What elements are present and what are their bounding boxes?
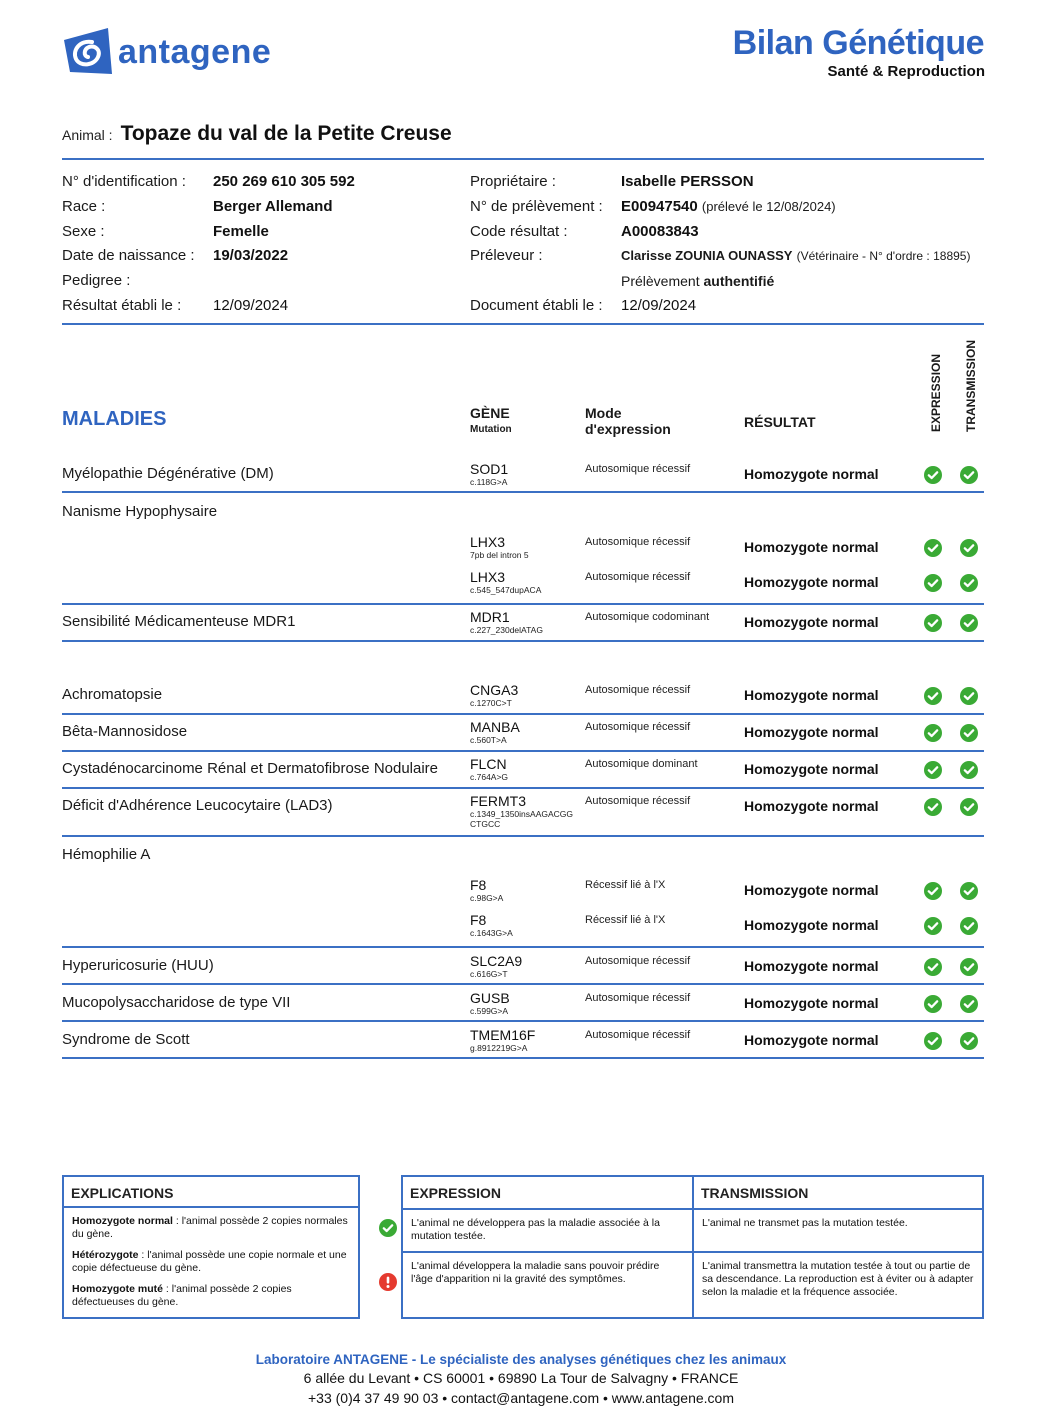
mutation-code: 7pb del intron 5 [470, 550, 588, 560]
check-circle-icon [960, 882, 978, 900]
table-row: AchromatopsieCNGA3c.1270C>TAutosomique r… [62, 683, 984, 713]
inheritance-mode: Autosomique récessif [585, 536, 690, 548]
explanation-term: Homozygote normal [72, 1215, 173, 1227]
check-circle-icon [924, 574, 942, 592]
table-row: Nanisme Hypophysaire [62, 500, 984, 530]
legend-warn-expression: L'animal développera la maladie sans pou… [403, 1253, 692, 1293]
divider [62, 323, 984, 325]
mutation-code: c.118G>A [470, 477, 588, 487]
check-circle-icon [960, 466, 978, 484]
check-circle-icon [960, 917, 978, 935]
check-circle-icon [960, 614, 978, 632]
check-circle-icon [924, 539, 942, 557]
auth-status: authentifié [703, 273, 774, 289]
check-circle-icon [960, 687, 978, 705]
check-circle-icon [924, 1032, 942, 1050]
sample-date: (prélevé le 12/08/2024) [702, 199, 836, 214]
check-circle-icon [960, 724, 978, 742]
check-circle-icon [924, 958, 942, 976]
legend-table: EXPRESSION TRANSMISSION L'animal ne déve… [401, 1175, 984, 1319]
legend-warn-transmission: L'animal transmettra la mutation testée … [694, 1253, 982, 1306]
inheritance-mode: Autosomique récessif [585, 571, 690, 583]
info-row-auth: Prélèvement authentifié [470, 269, 970, 294]
result-value: Homozygote normal [744, 466, 879, 482]
check-circle-icon [924, 614, 942, 632]
info-value: 250 269 610 305 592 [213, 170, 355, 195]
check-circle-icon [924, 687, 942, 705]
legend-ok-transmission: L'animal ne transmet pas la mutation tes… [694, 1210, 982, 1237]
logo-text: antagene [118, 33, 271, 72]
divider [62, 158, 984, 160]
table-row: Hémophilie A [62, 843, 984, 873]
info-row: Résultat établi le :12/09/2024 [62, 294, 355, 319]
sample-info: Propriétaire : Isabelle PERSSON N° de pr… [470, 170, 970, 319]
table-row: Déficit d'Adhérence Leucocytaire (LAD3)F… [62, 794, 984, 824]
explanations-box: EXPLICATIONS Homozygote normal : l'anima… [62, 1175, 360, 1319]
info-label: Pedigree : [62, 269, 213, 294]
gene-name: LHX3 [470, 570, 505, 585]
inheritance-mode: Récessif lié à l'X [585, 914, 665, 926]
mutation-code: c.560T>A [470, 735, 588, 745]
animal-label: Animal : [62, 127, 113, 143]
mutation-code: c.1643G>A [470, 928, 588, 938]
mutation-code: c.227_230delATAG [470, 625, 588, 635]
col-header-result: RÉSULTAT [744, 414, 816, 430]
check-circle-icon [924, 995, 942, 1013]
row-divider [62, 787, 984, 789]
gene-name: MDR1 [470, 610, 510, 625]
check-circle-icon [960, 761, 978, 779]
check-circle-icon [924, 761, 942, 779]
check-circle-icon [924, 917, 942, 935]
mutation-code: g.8912219G>A [470, 1043, 588, 1053]
info-row: N° d'identification :250 269 610 305 592 [62, 170, 355, 195]
auth-value: Prélèvement authentifié [621, 269, 774, 294]
col-header-mode: Mode d'expression [585, 405, 685, 437]
info-label: Résultat établi le : [62, 294, 213, 319]
footer-address: 6 allée du Levant • CS 60001 • 69890 La … [0, 1370, 1042, 1386]
explanation-item: Homozygote normal : l'animal possède 2 c… [72, 1215, 350, 1241]
antagene-logo-icon [62, 26, 114, 76]
row-divider [62, 835, 984, 837]
disease-name: Bêta-Mannosidose [62, 723, 187, 740]
disease-name: Mucopolysaccharidose de type VII [62, 994, 290, 1011]
gene-name: FLCN [470, 757, 507, 772]
sample-value: E00947540 (prélevé le 12/08/2024) [621, 195, 836, 220]
mutation-code: c.545_547dupACA [470, 585, 588, 595]
animal-name: Topaze du val de la Petite Creuse [121, 122, 452, 146]
table-row: Mucopolysaccharidose de type VIIGUSBc.59… [62, 991, 984, 1021]
antagene-logo: antagene [62, 26, 271, 76]
disease-name: Hémophilie A [62, 846, 150, 863]
gene-name: LHX3 [470, 535, 505, 550]
row-divider [62, 983, 984, 985]
info-row: Race :Berger Allemand [62, 195, 355, 220]
info-label: Sexe : [62, 220, 213, 245]
mutation-code: c.599G>A [470, 1006, 588, 1016]
explanation-item: Homozygote muté : l'animal possède 2 cop… [72, 1283, 350, 1309]
gene-name: CNGA3 [470, 683, 518, 698]
result-value: Homozygote normal [744, 724, 879, 740]
document-title: Bilan Génétique [733, 24, 984, 63]
table-row: Syndrome de ScottTMEM16Fg.8912219G>AAuto… [62, 1028, 984, 1058]
inheritance-mode: Autosomique récessif [585, 992, 690, 1004]
info-row-sample: N° de prélèvement : E00947540 (prélevé l… [470, 195, 970, 220]
gene-name: SLC2A9 [470, 954, 522, 969]
exclamation-circle-icon [379, 1273, 397, 1291]
row-divider [62, 491, 984, 493]
disease-name: Cystadénocarcinome Rénal et Dermatofibro… [62, 760, 438, 777]
result-value: Homozygote normal [744, 761, 879, 777]
info-row-sampler: Préleveur : Clarisse ZOUNIA OUNASSY (Vét… [470, 244, 970, 269]
info-label: Date de naissance : [62, 244, 213, 269]
explanation-term: Homozygote muté [72, 1283, 163, 1295]
mutation-code: c.98G>A [470, 893, 588, 903]
info-value: Femelle [213, 220, 269, 245]
info-value: 19/03/2022 [213, 244, 288, 269]
info-value: Berger Allemand [213, 195, 332, 220]
result-value: Homozygote normal [744, 958, 879, 974]
table-row: LHX3c.545_547dupACAAutosomique récessifH… [62, 570, 984, 600]
table-row: Bêta-MannosidoseMANBAc.560T>AAutosomique… [62, 720, 984, 750]
table-row: F8c.98G>ARécessif lié à l'XHomozygote no… [62, 878, 984, 908]
sample-id: E00947540 [621, 198, 698, 215]
gene-name: F8 [470, 913, 486, 928]
info-row-doc-date: Document établi le : 12/09/2024 [470, 294, 970, 319]
info-label: Document établi le : [470, 294, 621, 319]
info-label: Race : [62, 195, 213, 220]
disease-name: Hyperuricosurie (HUU) [62, 957, 214, 974]
footer-contact: +33 (0)4 37 49 90 03 • contact@antagene.… [0, 1390, 1042, 1406]
info-label: Préleveur : [470, 244, 621, 269]
info-row-owner: Propriétaire : Isabelle PERSSON [470, 170, 970, 195]
info-row-code: Code résultat : A00083843 [470, 220, 970, 245]
sampler-value: Clarisse ZOUNIA OUNASSY (Vétérinaire - N… [621, 244, 970, 269]
disease-name: Syndrome de Scott [62, 1031, 190, 1048]
disease-name: Achromatopsie [62, 686, 162, 703]
mutation-code: c.616G>T [470, 969, 588, 979]
check-circle-icon [960, 1032, 978, 1050]
gene-name: F8 [470, 878, 486, 893]
info-label: Propriétaire : [470, 170, 621, 195]
inheritance-mode: Autosomique codominant [585, 611, 709, 623]
check-circle-icon [924, 882, 942, 900]
table-row: LHX37pb del intron 5Autosomique récessif… [62, 535, 984, 565]
inheritance-mode: Autosomique récessif [585, 795, 690, 807]
doc-date-value: 12/09/2024 [621, 294, 696, 319]
info-label: N° d'identification : [62, 170, 213, 195]
explanations-body: Homozygote normal : l'animal possède 2 c… [64, 1208, 358, 1324]
inheritance-mode: Autosomique récessif [585, 684, 690, 696]
info-row: Sexe :Femelle [62, 220, 355, 245]
explanation-item: Hétérozygote : l'animal possède une copi… [72, 1249, 350, 1275]
info-value: 12/09/2024 [213, 294, 288, 319]
section-title-maladies: MALADIES [62, 408, 166, 431]
check-circle-icon [924, 724, 942, 742]
legend-expression-title: EXPRESSION [403, 1177, 692, 1208]
row-divider [62, 946, 984, 948]
inheritance-mode: Récessif lié à l'X [585, 879, 665, 891]
table-row: Hyperuricosurie (HUU)SLC2A9c.616G>TAutos… [62, 954, 984, 984]
disease-name: Nanisme Hypophysaire [62, 503, 217, 520]
info-label: N° de prélèvement : [470, 195, 621, 220]
check-circle-icon [960, 995, 978, 1013]
info-row: Pedigree : [62, 269, 355, 294]
check-circle-icon [960, 539, 978, 557]
animal-info: N° d'identification :250 269 610 305 592… [62, 170, 355, 319]
gene-name: FERMT3 [470, 794, 526, 809]
mutation-code: c.1270C>T [470, 698, 588, 708]
check-circle-icon [924, 798, 942, 816]
row-divider [62, 1020, 984, 1022]
gene-name: TMEM16F [470, 1028, 535, 1043]
col-header-transmission: TRANSMISSION [964, 340, 978, 432]
result-value: Homozygote normal [744, 687, 879, 703]
sampler-detail: (Vétérinaire - N° d'ordre : 18895) [797, 249, 971, 263]
mutation-code: c.1349_1350insAAGACGG CTGCC [470, 809, 588, 829]
result-value: Homozygote normal [744, 995, 879, 1011]
mutation-code: c.764A>G [470, 772, 588, 782]
inheritance-mode: Autosomique récessif [585, 955, 690, 967]
result-value: Homozygote normal [744, 574, 879, 590]
result-value: Homozygote normal [744, 917, 879, 933]
explanation-term: Hétérozygote [72, 1249, 139, 1261]
sampler-name: Clarisse ZOUNIA OUNASSY [621, 248, 792, 263]
check-circle-icon [924, 466, 942, 484]
col-header-gene: GÈNE [470, 405, 510, 421]
col-header-expression: EXPRESSION [929, 354, 943, 432]
table-row: Sensibilité Médicamenteuse MDR1MDR1c.227… [62, 610, 984, 640]
animal-heading: Animal : Topaze du val de la Petite Creu… [62, 122, 452, 146]
owner-value: Isabelle PERSSON [621, 170, 754, 195]
result-value: Homozygote normal [744, 1032, 879, 1048]
info-row: Date de naissance :19/03/2022 [62, 244, 355, 269]
check-circle-icon [379, 1219, 397, 1237]
table-row: Myélopathie Dégénérative (DM)SOD1c.118G>… [62, 462, 984, 492]
info-label: Code résultat : [470, 220, 621, 245]
legend-ok-expression: L'animal ne développera pas la maladie a… [403, 1210, 692, 1250]
legend-transmission-title: TRANSMISSION [694, 1177, 982, 1208]
result-value: Homozygote normal [744, 882, 879, 898]
result-value: Homozygote normal [744, 539, 879, 555]
footer-lab-name: Laboratoire ANTAGENE - Le spécialiste de… [0, 1352, 1042, 1367]
col-header-mutation: Mutation [470, 424, 512, 435]
document-subtitle: Santé & Reproduction [827, 63, 985, 80]
check-circle-icon [960, 958, 978, 976]
result-value: Homozygote normal [744, 798, 879, 814]
gene-name: SOD1 [470, 462, 508, 477]
row-divider [62, 1057, 984, 1059]
code-value: A00083843 [621, 220, 699, 245]
row-divider [62, 750, 984, 752]
row-divider [62, 713, 984, 715]
gene-name: MANBA [470, 720, 520, 735]
disease-name: Sensibilité Médicamenteuse MDR1 [62, 613, 295, 630]
inheritance-mode: Autosomique récessif [585, 463, 690, 475]
row-divider [62, 603, 984, 605]
inheritance-mode: Autosomique dominant [585, 758, 698, 770]
inheritance-mode: Autosomique récessif [585, 1029, 690, 1041]
disease-name: Myélopathie Dégénérative (DM) [62, 465, 274, 482]
check-circle-icon [960, 574, 978, 592]
table-row: Cystadénocarcinome Rénal et Dermatofibro… [62, 757, 984, 787]
table-row: F8c.1643G>ARécessif lié à l'XHomozygote … [62, 913, 984, 943]
info-label-empty [470, 269, 621, 294]
auth-prefix: Prélèvement [621, 273, 700, 289]
result-value: Homozygote normal [744, 614, 879, 630]
gene-name: GUSB [470, 991, 510, 1006]
row-divider [62, 640, 984, 642]
inheritance-mode: Autosomique récessif [585, 721, 690, 733]
check-circle-icon [960, 798, 978, 816]
disease-name: Déficit d'Adhérence Leucocytaire (LAD3) [62, 797, 333, 814]
explanations-title: EXPLICATIONS [64, 1177, 358, 1208]
